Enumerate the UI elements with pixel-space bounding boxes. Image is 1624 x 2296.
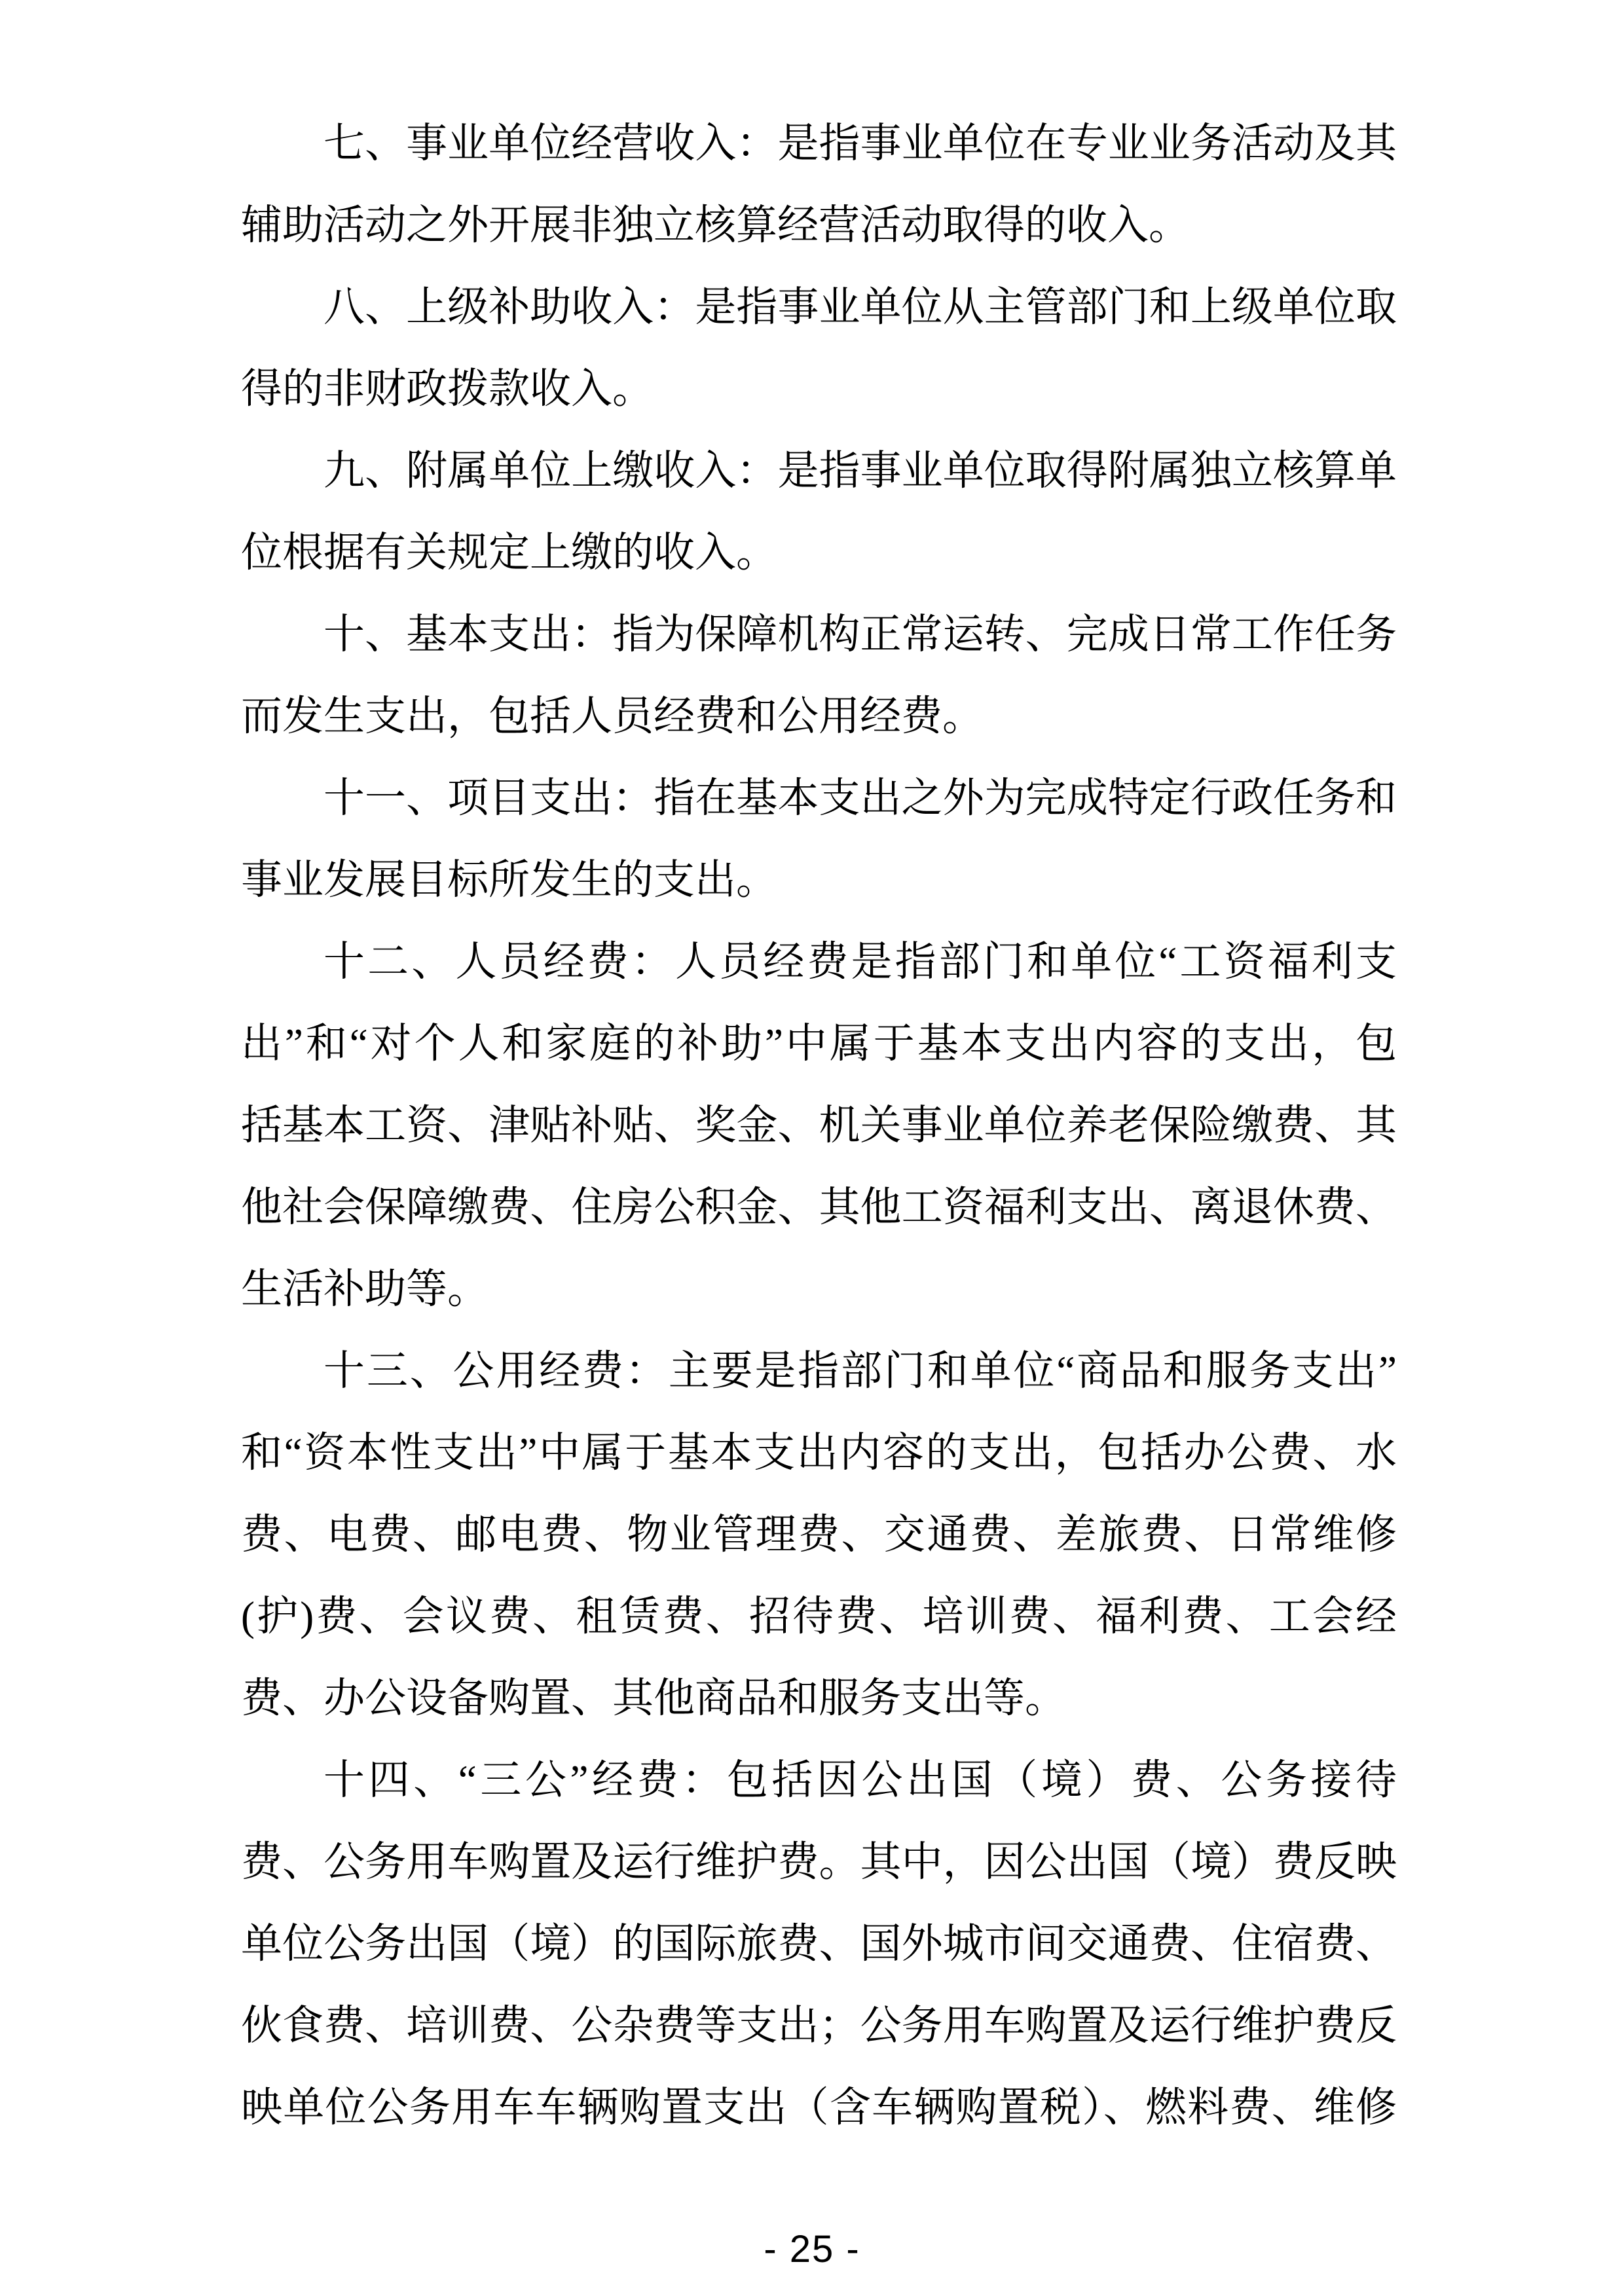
body-line: 费、公务用车购置及运行维护费。其中，因公出国（境）费反映 <box>241 1821 1397 1903</box>
document-body: 七、事业单位经营收入：是指事业单位在专业业务活动及其 辅助活动之外开展非独立核算… <box>241 103 1397 2149</box>
body-line: 和“资本性支出”中属于基本支出内容的支出，包括办公费、水 <box>241 1412 1397 1494</box>
body-line: 十三、公用经费：主要是指部门和单位“商品和服务支出” <box>241 1330 1397 1412</box>
page-number: - 25 - <box>0 2230 1624 2269</box>
body-line: 而发生支出，包括人员经费和公用经费。 <box>241 676 1397 757</box>
body-line: 伙食费、培训费、公杂费等支出；公务用车购置及运行维护费反 <box>241 1985 1397 2067</box>
body-line: 七、事业单位经营收入：是指事业单位在专业业务活动及其 <box>241 103 1397 185</box>
body-line: (护)费、会议费、租赁费、招待费、培训费、福利费、工会经 <box>241 1576 1397 1658</box>
body-line: 九、附属单位上缴收入：是指事业单位取得附属独立核算单 <box>241 430 1397 512</box>
body-line: 得的非财政拨款收入。 <box>241 348 1397 430</box>
body-line: 费、电费、邮电费、物业管理费、交通费、差旅费、日常维修 <box>241 1494 1397 1576</box>
body-line: 出”和“对个人和家庭的补助”中属于基本支出内容的支出，包 <box>241 1003 1397 1085</box>
body-line: 十四、“三公”经费：包括因公出国（境）费、公务接待 <box>241 1740 1397 1821</box>
body-line: 辅助活动之外开展非独立核算经营活动取得的收入。 <box>241 185 1397 266</box>
body-line: 十二、人员经费：人员经费是指部门和单位“工资福利支 <box>241 921 1397 1003</box>
body-line: 事业发展目标所发生的支出。 <box>241 839 1397 921</box>
body-line: 费、办公设备购置、其他商品和服务支出等。 <box>241 1658 1397 1740</box>
body-line: 生活补助等。 <box>241 1248 1397 1330</box>
body-line: 十一、项目支出：指在基本支出之外为完成特定行政任务和 <box>241 757 1397 839</box>
body-line: 映单位公务用车车辆购置支出（含车辆购置税）、燃料费、维修 <box>241 2067 1397 2149</box>
body-line: 括基本工资、津贴补贴、奖金、机关事业单位养老保险缴费、其 <box>241 1085 1397 1167</box>
document-page: 七、事业单位经营收入：是指事业单位在专业业务活动及其 辅助活动之外开展非独立核算… <box>0 0 1624 2296</box>
body-line: 十、基本支出：指为保障机构正常运转、完成日常工作任务 <box>241 594 1397 676</box>
body-line: 他社会保障缴费、住房公积金、其他工资福利支出、离退休费、 <box>241 1167 1397 1248</box>
body-line: 位根据有关规定上缴的收入。 <box>241 512 1397 594</box>
body-line: 单位公务出国（境）的国际旅费、国外城市间交通费、住宿费、 <box>241 1903 1397 1985</box>
body-line: 八、上级补助收入：是指事业单位从主管部门和上级单位取 <box>241 266 1397 348</box>
